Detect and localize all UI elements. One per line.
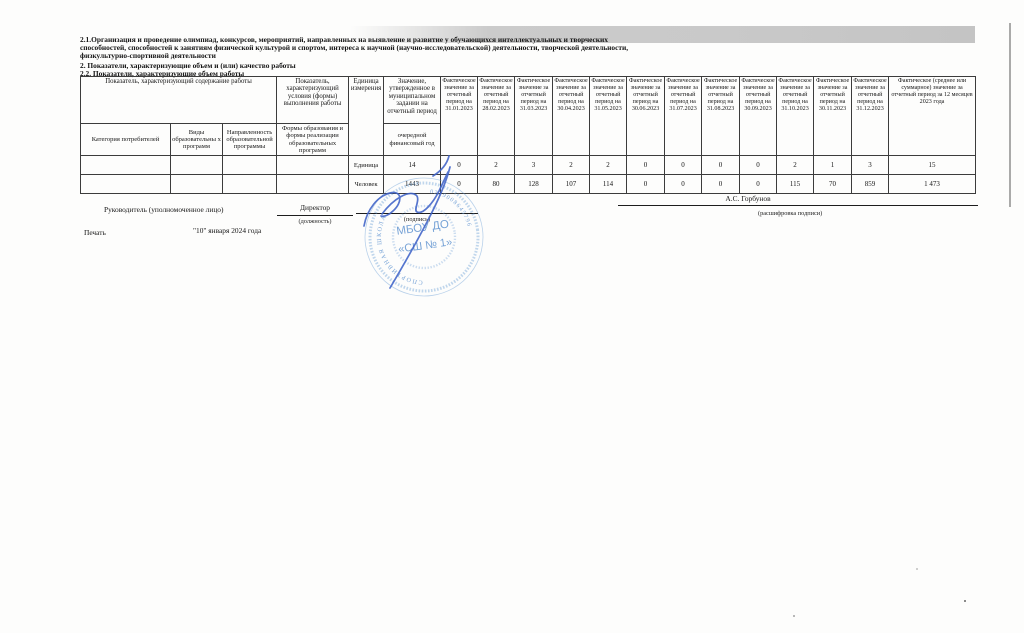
value-cell: 859 [852, 175, 889, 194]
header-content-group: Показатель, характеризующий содержание р… [81, 77, 277, 124]
value-cell: 3 [515, 156, 553, 175]
header-month-mar: Фактическое значение за отчетный период … [515, 77, 553, 156]
value-cell: 0 [702, 156, 740, 175]
name-caption: (расшифровка подписи) [758, 210, 822, 217]
value-cell: 0 [740, 156, 777, 175]
paragraph-line: физкультурно-спортивной деятельности [80, 52, 628, 60]
header-program-types: Виды образовательны х программ [171, 124, 223, 156]
scan-speck [916, 568, 918, 570]
total-cell: 15 [889, 156, 976, 175]
scan-speck [964, 600, 966, 602]
value-cell: 2 [590, 156, 627, 175]
date-value: "10" января 2024 года [193, 226, 261, 235]
header-approved-value: Значение, утвержденное в муниципальном з… [384, 77, 441, 124]
value-cell: 128 [515, 175, 553, 194]
header-month-jun: Фактическое значение за отчетный период … [627, 77, 665, 156]
empty-cell [223, 156, 277, 175]
value-cell: 0 [665, 175, 702, 194]
total-cell: 1 473 [889, 175, 976, 194]
header-month-may: Фактическое значение за отчетный период … [590, 77, 627, 156]
value-cell: 1 [814, 156, 852, 175]
header-month-jul: Фактическое значение за отчетный период … [665, 77, 702, 156]
empty-cell [81, 175, 171, 194]
value-cell: 0 [702, 175, 740, 194]
signature-stroke [364, 193, 400, 226]
value-cell: 115 [777, 175, 814, 194]
table-row-units: Единица 14 0 2 3 2 2 0 0 0 0 2 1 3 15 [81, 156, 976, 175]
header-consumer-category: Категория потребителей [81, 124, 171, 156]
header-month-sep: Фактическое значение за отчетный период … [740, 77, 777, 156]
table-row-people: Человек 1443 0 80 128 107 114 0 0 0 0 11… [81, 175, 976, 194]
section-2-1-paragraph: 2.1.Организация и проведение олимпиад, к… [80, 36, 628, 60]
value-cell: 2 [777, 156, 814, 175]
empty-cell [171, 156, 223, 175]
value-cell: 0 [665, 156, 702, 175]
header-month-dec: Фактическое значение за отчетный период … [852, 77, 889, 156]
header-month-apr: Фактическое значение за отчетный период … [553, 77, 590, 156]
value-cell: 114 [590, 175, 627, 194]
header-total-12m: Фактическое (среднее или суммарное) знач… [889, 77, 976, 156]
seal-label: Печать [84, 228, 106, 237]
value-cell: 70 [814, 175, 852, 194]
value-cell: 0 [627, 156, 665, 175]
value-cell: 0 [627, 175, 665, 194]
name-underline [618, 205, 978, 206]
volume-indicators-table: Показатель, характеризующий содержание р… [80, 76, 976, 194]
header-month-nov: Фактическое значение за отчетный период … [814, 77, 852, 156]
empty-cell [81, 156, 171, 175]
scanned-report-page: 2.1.Организация и проведение олимпиад, к… [0, 0, 1024, 633]
signer-name: А.С. Горбунов [618, 194, 878, 203]
header-program-focus: Направленность образовательной программы [223, 124, 277, 156]
header-month-aug: Фактическое значение за отчетный период … [702, 77, 740, 156]
header-month-oct: Фактическое значение за отчетный период … [777, 77, 814, 156]
value-cell: 0 [740, 175, 777, 194]
value-cell: 3 [852, 156, 889, 175]
signature-ink [330, 140, 510, 300]
value-cell: 107 [553, 175, 590, 194]
scan-speck [793, 615, 795, 617]
empty-cell [171, 175, 223, 194]
empty-cell [223, 175, 277, 194]
header-conditions-group: Показатель, характеризующий условия (фор… [277, 77, 349, 124]
head-official-label: Руководитель (уполномоченное лицо) [104, 205, 223, 214]
value-cell: 2 [553, 156, 590, 175]
page-edge-line [1009, 23, 1011, 207]
